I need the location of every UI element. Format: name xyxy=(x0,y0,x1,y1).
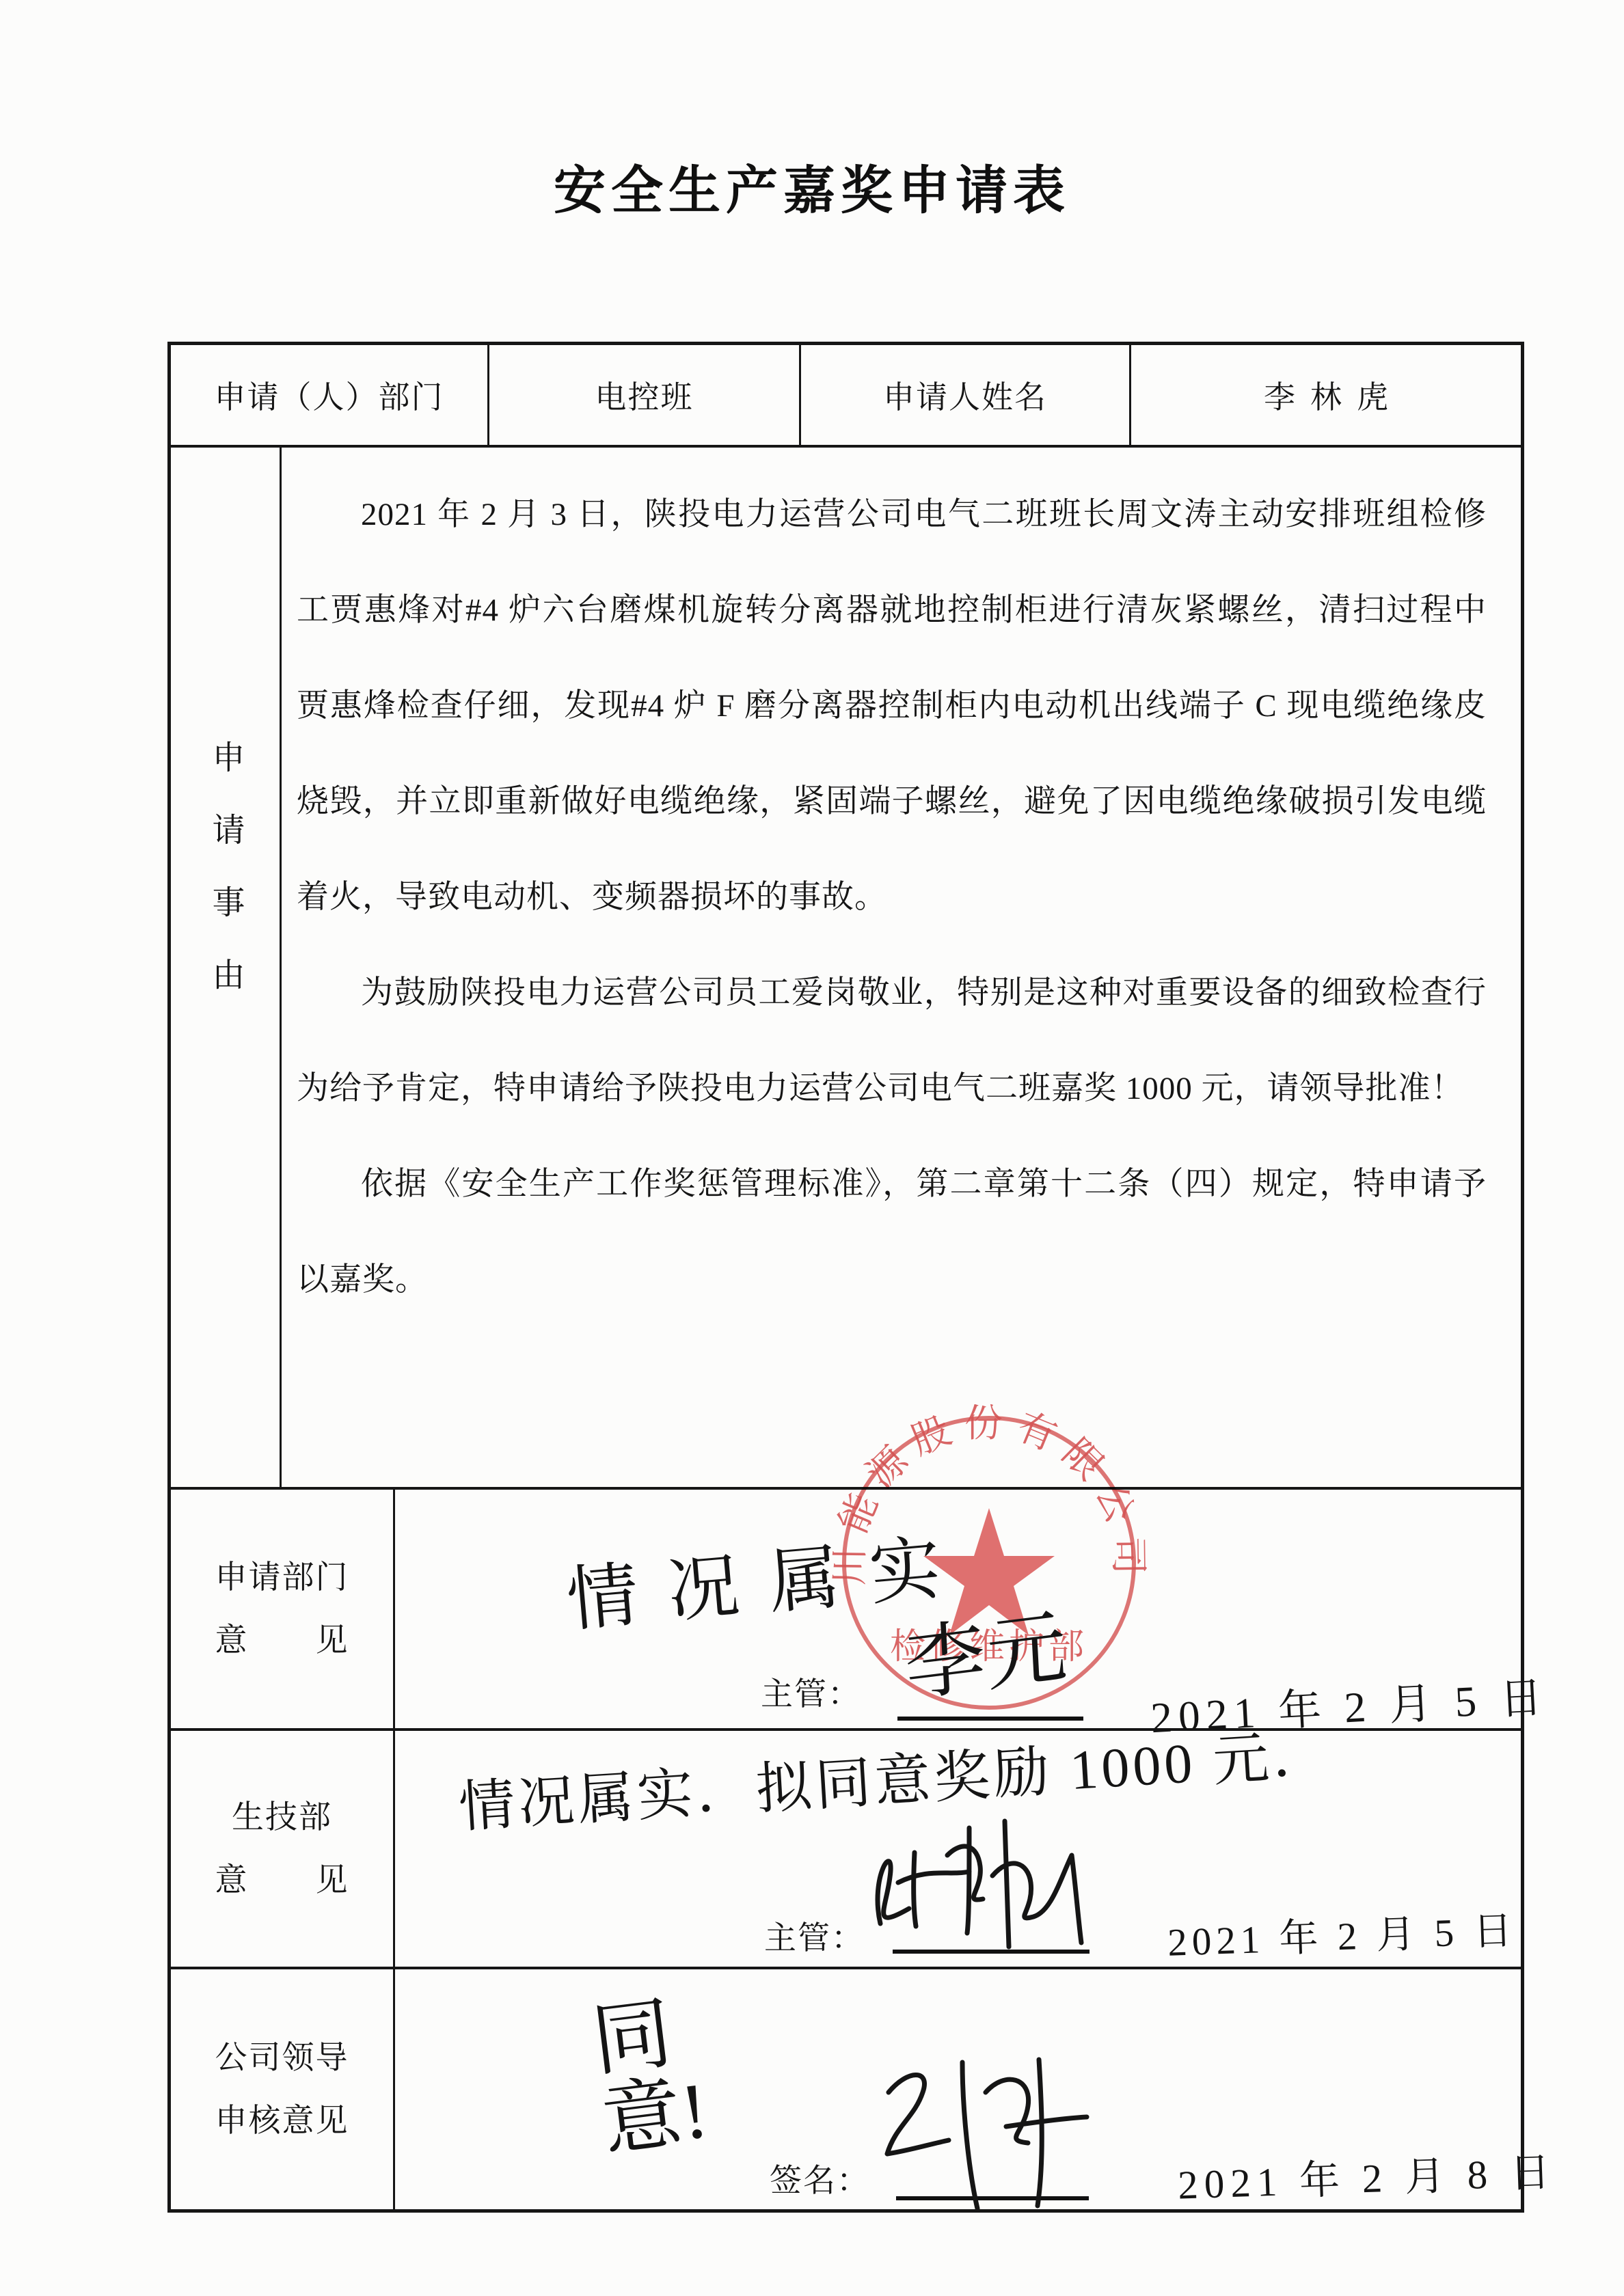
leader-opinion-date: 2021 年 2 月 8 日 xyxy=(1177,2139,1557,2210)
tech-opinion-row: 生技部 意 见 情况属实．拟同意奖励 1000 元． 主管： 2021 年 2 … xyxy=(171,1731,1521,1969)
reason-paragraph-3: 依据《安全生产工作奖惩管理标准》，第二章第十二条（四）规定，特申请予以嘉奖。 xyxy=(297,1136,1487,1328)
dept-opinion-label-line1: 申请部门 xyxy=(215,1546,349,1609)
reason-row: 申请事由 2021 年 2 月 3 日，陕投电力运营公司电气二班班长周文涛主动安… xyxy=(171,448,1521,1490)
applicant-name-value: 李林虎 xyxy=(1131,345,1521,445)
reason-paragraph-1: 2021 年 2 月 3 日，陕投电力运营公司电气二班班长周文涛主动安排班组检修… xyxy=(297,467,1487,945)
tech-supervisor-label: 主管： xyxy=(764,1913,865,1958)
application-form-table: 申请（人）部门 电控班 申请人姓名 李林虎 申请事由 2021 年 2 月 3 … xyxy=(167,342,1524,2213)
leader-signature-scribble xyxy=(865,2050,1125,2214)
leader-opinion-row: 公司领导 申核意见 同意! 签名： 2021 年 2 月 8 日 xyxy=(171,1969,1521,2209)
tech-opinion-content: 情况属实．拟同意奖励 1000 元． 主管： 2021 年 2 月 5 日 xyxy=(395,1731,1521,1967)
leader-sign-label: 签名： xyxy=(770,2155,870,2201)
tech-opinion-label-line1: 生技部 xyxy=(232,1786,332,1849)
tech-opinion-label-cell: 生技部 意 见 xyxy=(171,1731,395,1967)
leader-opinion-content: 同意! 签名： 2021 年 2 月 8 日 xyxy=(395,1969,1521,2209)
reason-label: 申请事由 xyxy=(202,740,249,1030)
page-title: 安全生产嘉奖申请表 xyxy=(0,149,1624,223)
leader-handwritten-approval: 同意! xyxy=(588,1989,723,2164)
leader-opinion-label-cell: 公司领导 申核意见 xyxy=(171,1969,395,2209)
leader-opinion-label-line2: 申核意见 xyxy=(215,2090,349,2152)
applicant-dept-label: 申请（人）部门 xyxy=(171,345,489,445)
leader-opinion-label-line1: 公司领导 xyxy=(215,2027,349,2090)
signature-underline xyxy=(897,1717,1083,1721)
dept-opinion-label-cell: 申请部门 意 见 xyxy=(171,1490,395,1728)
header-row: 申请（人）部门 电控班 申请人姓名 李林虎 xyxy=(171,345,1521,448)
applicant-dept-value: 电控班 xyxy=(489,345,801,445)
tech-opinion-date: 2021 年 2 月 5 日 xyxy=(1167,1899,1518,1967)
reason-body: 2021 年 2 月 3 日，陕投电力运营公司电气二班班长周文涛主动安排班组检修… xyxy=(282,448,1521,1487)
tech-supervisor-signature-scribble xyxy=(865,1813,1111,1956)
dept-supervisor-signature: 李元 xyxy=(902,1581,1070,1717)
tech-opinion-label-line2: 意 见 xyxy=(215,1849,349,1912)
scanned-document-page: 安全生产嘉奖申请表 申请（人）部门 电控班 申请人姓名 李林虎 申请事由 202… xyxy=(0,0,1624,2296)
reason-label-cell: 申请事由 xyxy=(171,448,282,1487)
applicant-name-label: 申请人姓名 xyxy=(801,345,1131,445)
reason-paragraph-2: 为鼓励陕投电力运营公司员工爱岗敬业，特别是这种对重要设备的细致检查行为给予肯定，… xyxy=(297,945,1487,1136)
dept-opinion-label-line2: 意 见 xyxy=(215,1609,349,1672)
